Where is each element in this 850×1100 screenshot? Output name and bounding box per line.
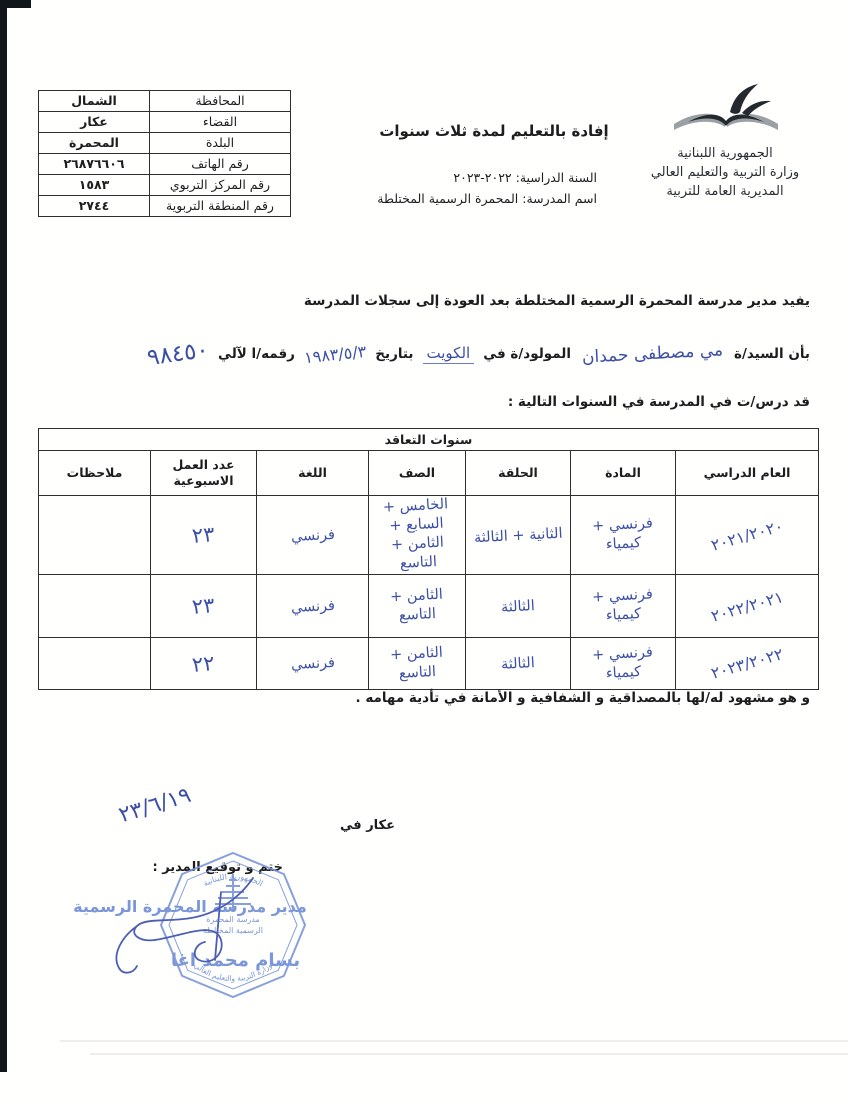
column-header: العام الدراسي	[676, 451, 819, 496]
school-info: السنة الدراسية: ٢٠٢٢-٢٠٢٣ اسم المدرسة: ا…	[377, 167, 597, 209]
statement-line-3: قد درس/ت في المدرسة في السنوات التالية :	[508, 394, 810, 410]
table-row: ٢٠٢٢/٢٠٢١ فرنسي + كيمياء الثالثة الثامن …	[39, 575, 819, 638]
cell-hours: ٢٢	[151, 638, 257, 690]
handwritten-cycle: الثانية + الثالثة	[473, 524, 562, 548]
handwritten-date: ٢٣/٦/١٩	[116, 783, 194, 829]
statement-part: رقمه/ا لآلي	[218, 346, 295, 362]
handwritten-year: ٢٠٢٣/٢٠٢٢	[709, 644, 786, 683]
cell-grade: الثامن + التاسع	[369, 575, 466, 638]
cell-notes	[39, 575, 151, 638]
admin-info-table: المحافظة الشمال القضاء عكار البلدة المحم…	[38, 90, 291, 217]
statement-line-2: بأن السيد/ة مي مصطفى حمدان المولود/ة في …	[147, 334, 810, 374]
cell-grade: الخامس + السابع + الثامن + التاسع	[369, 496, 466, 575]
school-name-label: اسم المدرسة:	[522, 191, 597, 206]
school-year-value: ٢٠٢٢-٢٠٢٣	[453, 170, 511, 185]
cell-year: ٢٠٢١/٢٠٢٠	[676, 496, 819, 575]
table-row: ٢٠٢٣/٢٠٢٢ فرنسي + كيمياء الثالثة الثامن …	[39, 638, 819, 690]
contract-years-table: سنوات التعاقد العام الدراسي المادة الحلق…	[38, 428, 819, 690]
handwritten-hours: ٢٢	[191, 651, 216, 677]
info-label: رقم المركز التربوي	[150, 175, 291, 196]
cell-subject: فرنسي + كيمياء	[571, 496, 676, 575]
table-row: رقم المركز التربوي ١٥٨٣	[39, 175, 291, 196]
handwritten-teacher-name: مي مصطفى حمدان	[580, 340, 726, 368]
info-value: الشمال	[39, 91, 150, 112]
cell-cycle: الثالثة	[466, 638, 571, 690]
school-name-value: المحمرة الرسمية المختلطة	[377, 191, 518, 206]
cell-hours: ٢٣	[151, 496, 257, 575]
table-header-row: العام الدراسي المادة الحلقة الصف اللغة ع…	[39, 451, 819, 496]
table-row: رقم الهاتف ٢٦٨٧٦٦٠٦	[39, 154, 291, 175]
handwritten-grade: الثامن + التاسع	[370, 642, 464, 685]
handwritten-cycle: الثالثة	[501, 597, 536, 618]
school-year-label: السنة الدراسية:	[516, 170, 597, 185]
school-year-line: السنة الدراسية: ٢٠٢٢-٢٠٢٣	[377, 167, 597, 188]
handwritten-birthplace: الكويت	[423, 344, 475, 364]
cell-grade: الثامن + التاسع	[369, 638, 466, 690]
ministry-logo-icon	[668, 82, 786, 142]
ministry-line: الجمهورية اللبنانية	[615, 144, 835, 163]
table-row: رقم المنطقة التربوية ٢٧٤٤	[39, 196, 291, 217]
info-label: البلدة	[150, 133, 291, 154]
school-name-line: اسم المدرسة: المحمرة الرسمية المختلطة	[377, 188, 597, 209]
handwritten-subject: فرنسي + كيمياء	[572, 642, 674, 685]
handwritten-subject: فرنسي + كيمياء	[572, 584, 674, 627]
statement-part: بتاريخ	[375, 346, 413, 362]
cell-year: ٢٠٢٢/٢٠٢١	[676, 575, 819, 638]
director-signature	[103, 872, 278, 987]
info-value: ٢٧٤٤	[39, 196, 150, 217]
handwritten-birthdate: ١٩٨٣/٥/٣	[303, 341, 367, 366]
info-label: رقم المنطقة التربوية	[150, 196, 291, 217]
info-value: ١٥٨٣	[39, 175, 150, 196]
table-row: البلدة المحمرة	[39, 133, 291, 154]
column-header: الصف	[369, 451, 466, 496]
column-header: عدد العمل الاسبوعية	[151, 451, 257, 496]
ministry-line: وزارة التربية والتعليم العالي	[615, 163, 835, 182]
column-header: المادة	[571, 451, 676, 496]
cell-subject: فرنسي + كيمياء	[571, 575, 676, 638]
handwritten-language: فرنسي	[290, 654, 335, 675]
handwritten-language: فرنسي	[290, 596, 335, 617]
testimonial-line: و هو مشهود له/لها بالمصداقية و الشفافية …	[355, 690, 810, 706]
handwritten-hours: ٢٣	[191, 522, 216, 548]
handwritten-hours: ٢٣	[191, 593, 216, 619]
ministry-line: المديرية العامة للتربية	[615, 182, 835, 201]
scan-edge-artifact	[0, 0, 31, 8]
column-header: الحلقة	[466, 451, 571, 496]
statement-line-1: يفيد مدير مدرسة المحمرة الرسمية المختلطة…	[304, 293, 810, 309]
column-header: اللغة	[257, 451, 369, 496]
handwritten-language: فرنسي	[290, 525, 335, 546]
ministry-header: الجمهورية اللبنانية وزارة التربية والتعل…	[615, 144, 835, 201]
handwritten-year: ٢٠٢١/٢٠٢٠	[709, 516, 786, 555]
info-value: المحمرة	[39, 133, 150, 154]
statement-part: بأن السيد/ة	[734, 346, 810, 362]
cell-year: ٢٠٢٣/٢٠٢٢	[676, 638, 819, 690]
place-date-label: عكار في	[340, 818, 395, 833]
statement-part: المولود/ة في	[483, 346, 571, 362]
handwritten-subject: فرنسي + كيمياء	[572, 513, 674, 556]
cell-subject: فرنسي + كيمياء	[571, 638, 676, 690]
cell-cycle: الثانية + الثالثة	[466, 496, 571, 575]
table-title: سنوات التعاقد	[39, 429, 819, 451]
scan-streak	[90, 1053, 848, 1055]
cell-language: فرنسي	[257, 575, 369, 638]
info-label: رقم الهاتف	[150, 154, 291, 175]
handwritten-grade: الخامس + السابع + الثامن + التاسع	[369, 495, 465, 576]
handwritten-cycle: الثالثة	[501, 654, 536, 675]
table-row: المحافظة الشمال	[39, 91, 291, 112]
info-value: ٢٦٨٧٦٦٠٦	[39, 154, 150, 175]
info-value: عكار	[39, 112, 150, 133]
cell-notes	[39, 496, 151, 575]
table-row: ٢٠٢١/٢٠٢٠ فرنسي + كيمياء الثانية + الثال…	[39, 496, 819, 575]
cell-cycle: الثالثة	[466, 575, 571, 638]
scanned-certificate-document: المحافظة الشمال القضاء عكار البلدة المحم…	[0, 0, 850, 1100]
cell-language: فرنسي	[257, 496, 369, 575]
info-label: القضاء	[150, 112, 291, 133]
cell-hours: ٢٣	[151, 575, 257, 638]
handwritten-id-number: ٩٨٤٥٠	[146, 337, 211, 371]
info-label: المحافظة	[150, 91, 291, 112]
table-row: القضاء عكار	[39, 112, 291, 133]
cell-notes	[39, 638, 151, 690]
column-header: ملاحظات	[39, 451, 151, 496]
scan-streak	[60, 1040, 848, 1042]
table-title-row: سنوات التعاقد	[39, 429, 819, 451]
document-title: إفادة بالتعليم لمدة ثلاث سنوات	[344, 122, 644, 140]
handwritten-grade: الثامن + التاسع	[370, 585, 464, 628]
handwritten-year: ٢٠٢٢/٢٠٢١	[709, 587, 786, 626]
scan-edge-artifact	[0, 0, 7, 1072]
cell-language: فرنسي	[257, 638, 369, 690]
